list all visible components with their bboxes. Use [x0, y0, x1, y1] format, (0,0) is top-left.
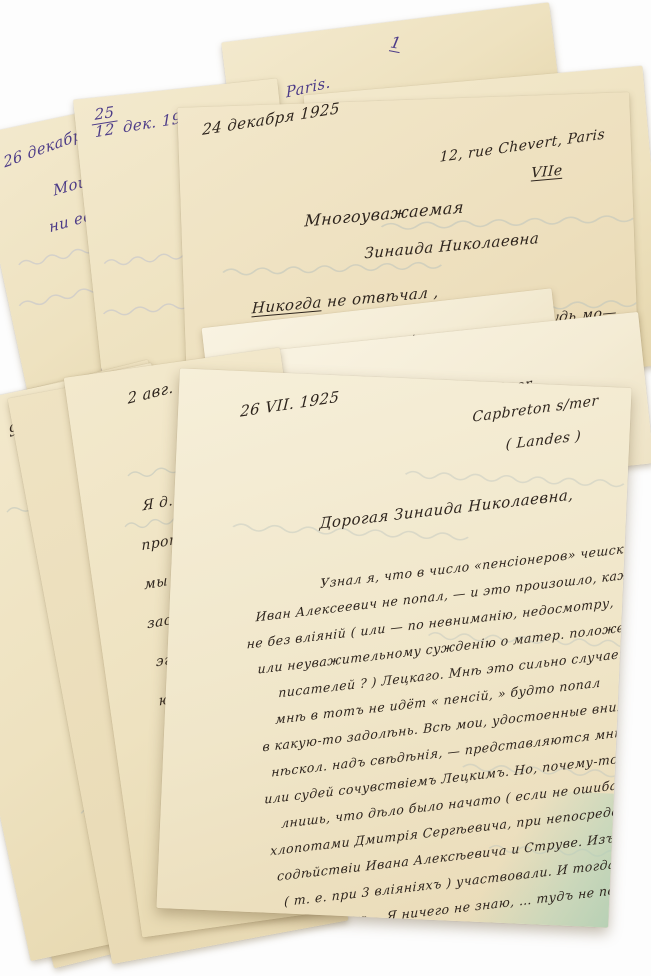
letter-jul-26: 26 VII. 1925 Capbreton s/mer ( Landes ) … [156, 368, 631, 927]
letter-date: 2512 дек. 19 [92, 94, 182, 141]
place-line: ( Landes ) [505, 428, 581, 453]
address-district: VIIe [531, 163, 563, 182]
salutation-line: Дорогая Зинаида Николаевна, [319, 485, 574, 532]
place-line: Capbreton s/mer [472, 393, 599, 426]
underlined-word: Никогда [251, 293, 322, 317]
date-rest: дек. 19 [123, 109, 182, 136]
salutation-line: Многоуважаемая [304, 197, 464, 230]
date-fraction: 2512 [92, 104, 118, 141]
letter-date: 26 VII. 1925 [240, 387, 340, 420]
photo-of-handwritten-letters: Paris. 1 1 …о мабщуй 26 декабря Мои греб… [0, 0, 651, 976]
page-number: 1 [389, 32, 403, 53]
salutation-line: Зинаида Николаевна [364, 229, 540, 262]
address-line: 12, rue Chevert, Paris [439, 126, 605, 165]
